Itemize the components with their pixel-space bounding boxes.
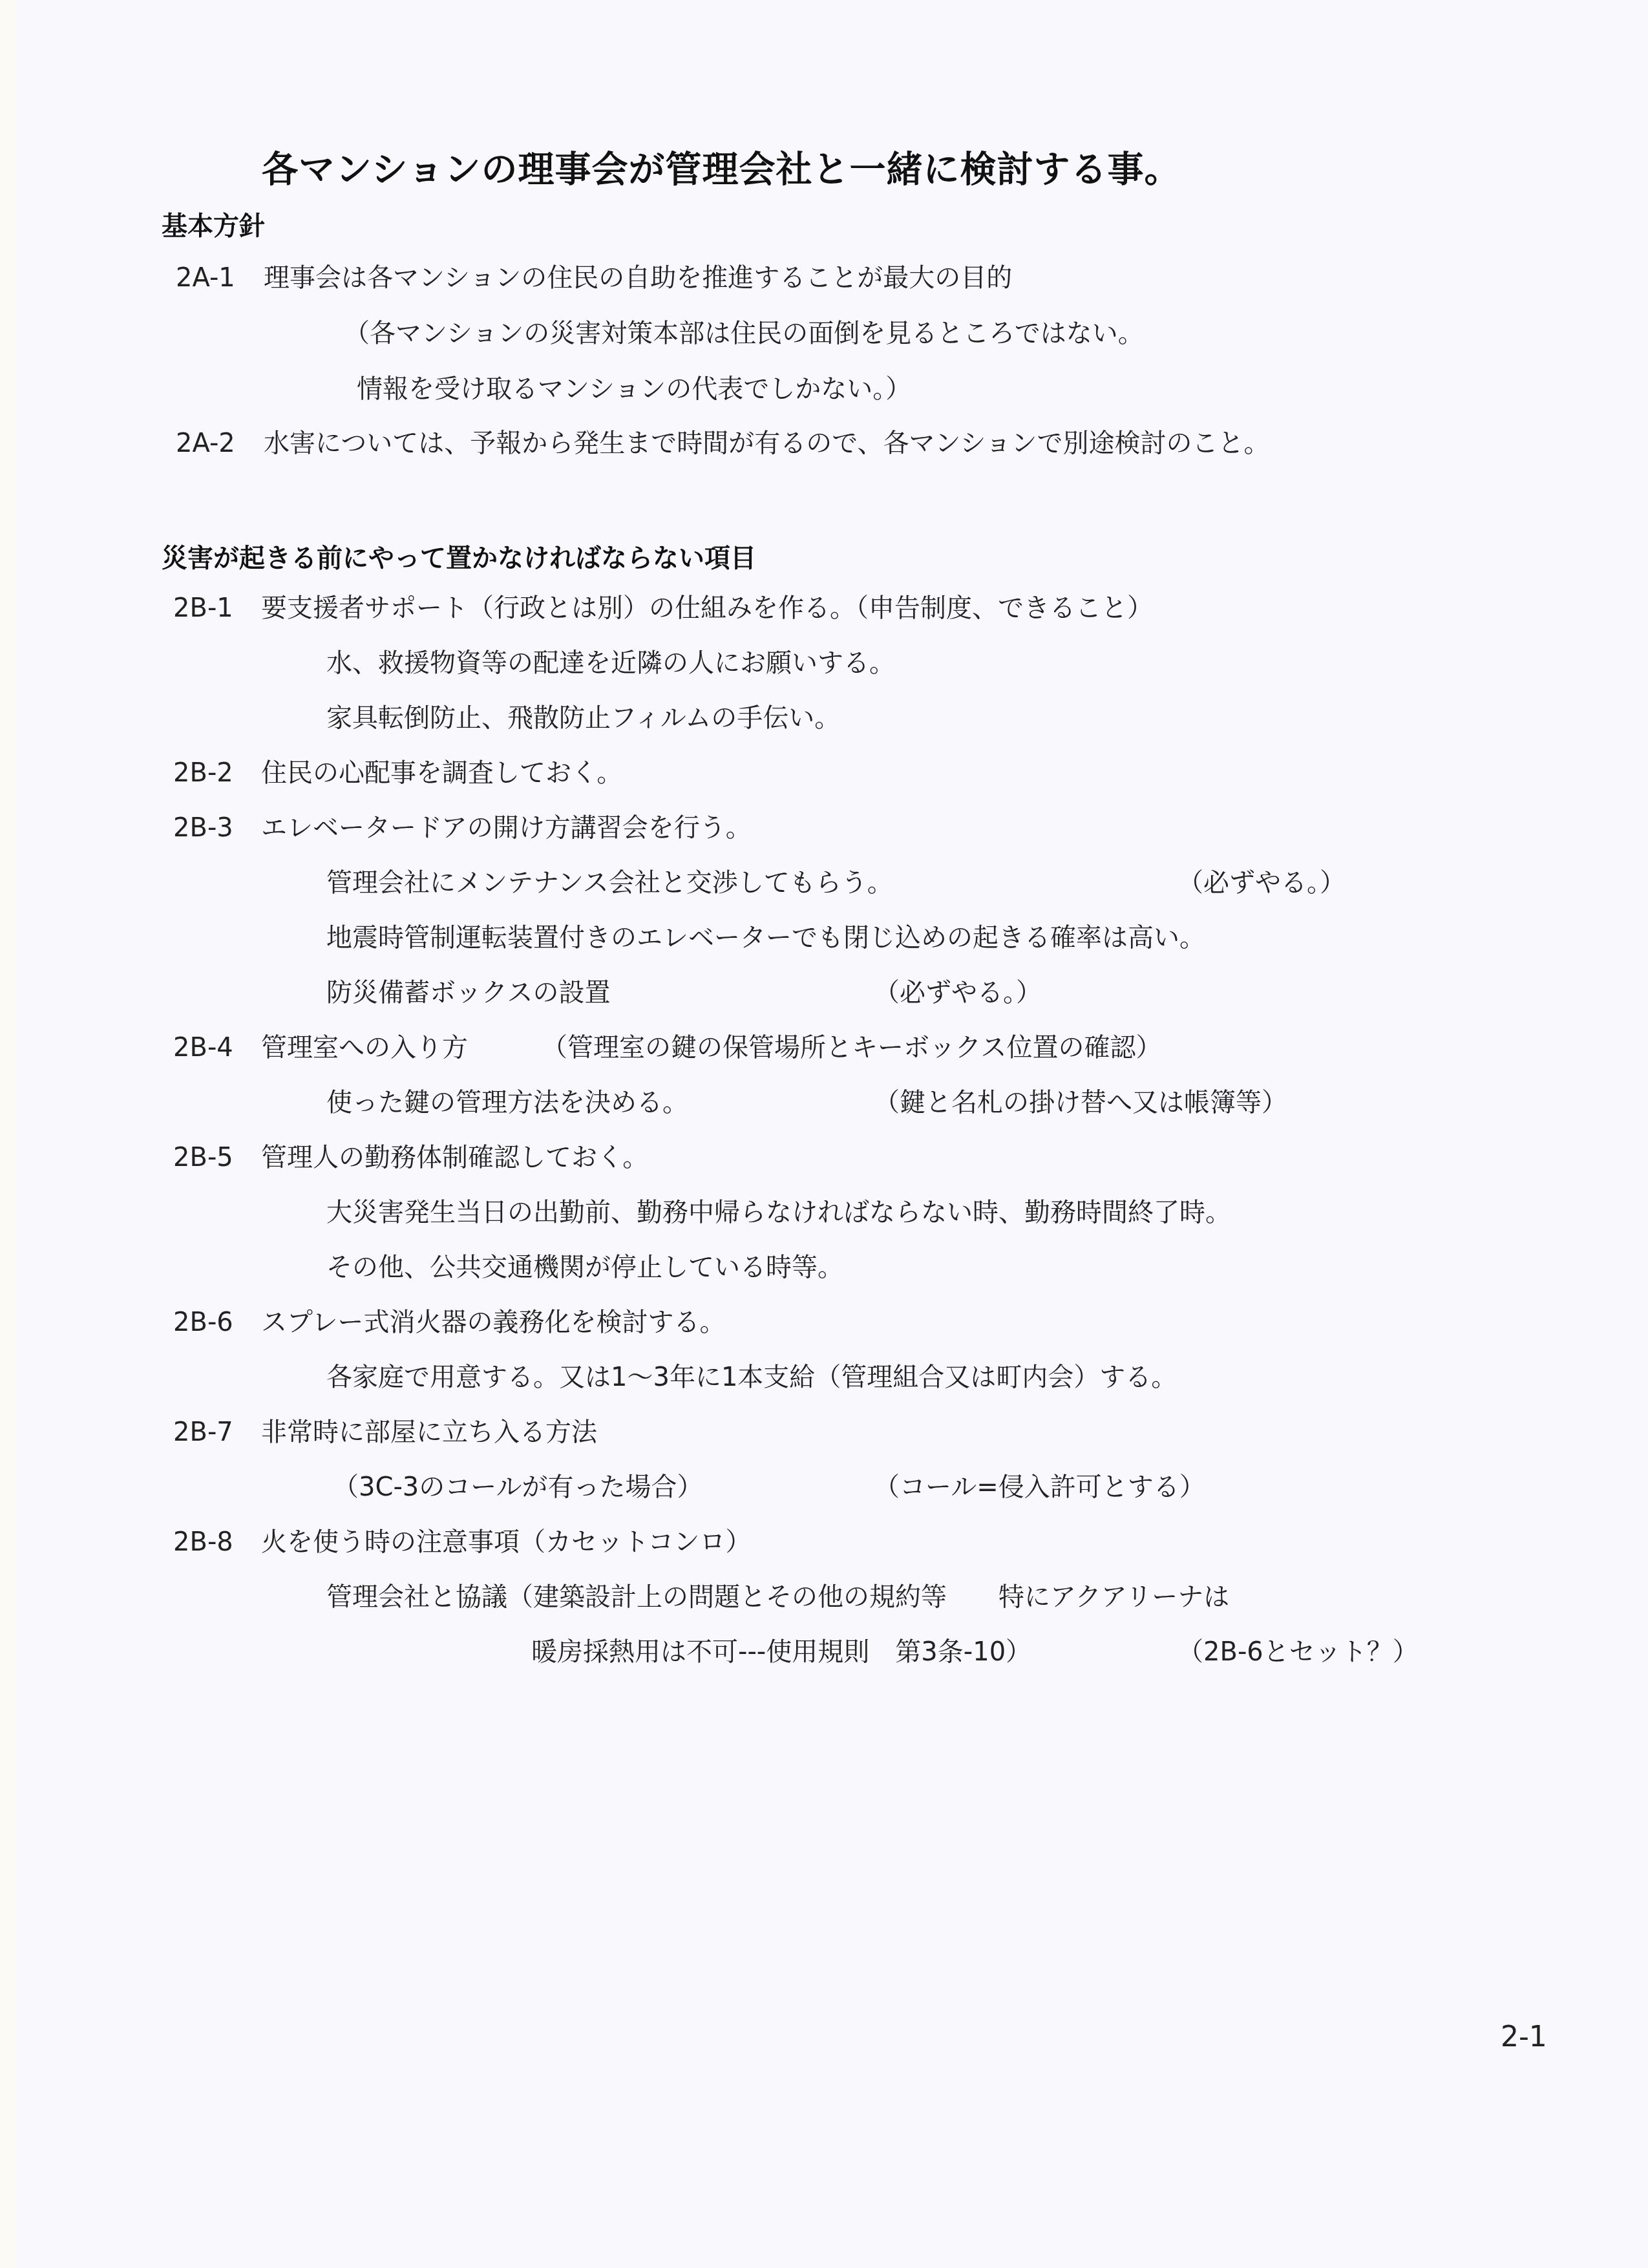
item-2B-4-sub-note: （鍵と名札の掛け替へ又は帳簿等） xyxy=(874,1087,1287,1118)
item-2B-1-subline-1: 水、救援物資等の配達を近隣の人にお願いする。 xyxy=(326,648,895,679)
item-2B-6-subline-1: 各家庭で用意する。又は1～3年に1本支給（管理組合又は町内会）する。 xyxy=(326,1362,1177,1393)
item-id: 2B-7 xyxy=(173,1417,233,1448)
item-text: 火を使う時の注意事項（カセットコンロ） xyxy=(261,1527,751,1558)
item-id: 2B-2 xyxy=(173,758,233,789)
section-heading-pre-disaster-items: 災害が起きる前にやって置かなければならない項目 xyxy=(162,538,756,575)
item-id: 2B-3 xyxy=(173,812,233,843)
item-2B-3-subline-2: 地震時管制運転装置付きのエレベーターでも閉じ込めの起きる確率は高い。 xyxy=(326,922,1205,953)
item-2B-3-note-1: （必ずやる。） xyxy=(1178,867,1346,898)
item-2B-4-note: （管理室の鍵の保管場所とキーボックス位置の確認） xyxy=(542,1032,1162,1063)
item-id: 2A-2 xyxy=(176,428,235,459)
item-2B-5-subline-1: 大災害発生当日の出勤前、勤務中帰らなければならない時、勤務時間終了時。 xyxy=(326,1197,1231,1228)
item-2B-8-subline-1: 管理会社と協議（建築設計上の問題とその他の規約等 特にアクアリーナは xyxy=(326,1582,1229,1613)
item-2A-1-subline-2: 情報を受け取るマンションの代表でしかない。） xyxy=(357,374,911,405)
item-2B-7-sub-note: （コール=侵入許可とする） xyxy=(874,1472,1205,1503)
item-2B-3-subline-3: 防災備蓄ボックスの設置 xyxy=(326,977,611,1008)
scan-edge-strip xyxy=(0,0,16,2268)
item-id: 2B-6 xyxy=(173,1307,233,1338)
item-id: 2A-1 xyxy=(176,262,235,293)
item-text: 要支援者サポート（行政とは別）の仕組みを作る。（申告制度、できること） xyxy=(261,593,1153,624)
item-text: 非常時に部屋に立ち入る方法 xyxy=(261,1417,597,1448)
section-heading-basic-policy: 基本方針 xyxy=(162,206,265,242)
item-text: 住民の心配事を調査しておく。 xyxy=(261,758,622,789)
item-2B-4-subline-1: 使った鍵の管理方法を決める。 xyxy=(326,1087,688,1118)
item-2B-5-subline-2: その他、公共交通機関が停止している時等。 xyxy=(326,1252,843,1283)
item-2A-1-subline-1: （各マンションの災害対策本部は住民の面倒を見るところではない。 xyxy=(344,318,1144,349)
item-id: 2B-4 xyxy=(173,1032,233,1063)
item-id: 2B-5 xyxy=(173,1142,233,1173)
item-text: スプレー式消火器の義務化を検討する。 xyxy=(261,1307,725,1338)
item-2B-8-subline-2: 暖房採熱用は不可---使用規則 第3条-10） xyxy=(531,1637,1031,1668)
page-number: 2-1 xyxy=(1501,2020,1547,2053)
item-text: 理事会は各マンションの住民の自助を推進することが最大の目的 xyxy=(264,262,1012,293)
item-2B-7-subline-1: （3C-3のコールが有った場合） xyxy=(333,1472,703,1503)
item-2B-3-note-2: （必ずやる。） xyxy=(874,977,1042,1008)
item-text: 管理室への入り方 xyxy=(261,1032,468,1063)
item-2B-3-subline-1: 管理会社にメンテナンス会社と交渉してもらう。 xyxy=(326,867,893,898)
item-text: 管理人の勤務体制確認しておく。 xyxy=(261,1142,648,1173)
item-2B-1-subline-2: 家具転倒防止、飛散防止フィルムの手伝い。 xyxy=(326,703,840,734)
item-id: 2B-1 xyxy=(173,593,233,624)
item-text: エレベータードアの開け方講習会を行う。 xyxy=(261,812,752,843)
item-2B-8-sub-note: （2B-6とセット？） xyxy=(1178,1637,1419,1668)
item-id: 2B-8 xyxy=(173,1527,233,1558)
document-title: 各マンションの理事会が管理会社と一緒に検討する事。 xyxy=(262,141,1181,193)
item-text: 水害については、予報から発生まで時間が有るので、各マンションで別途検討のこと。 xyxy=(264,428,1270,459)
